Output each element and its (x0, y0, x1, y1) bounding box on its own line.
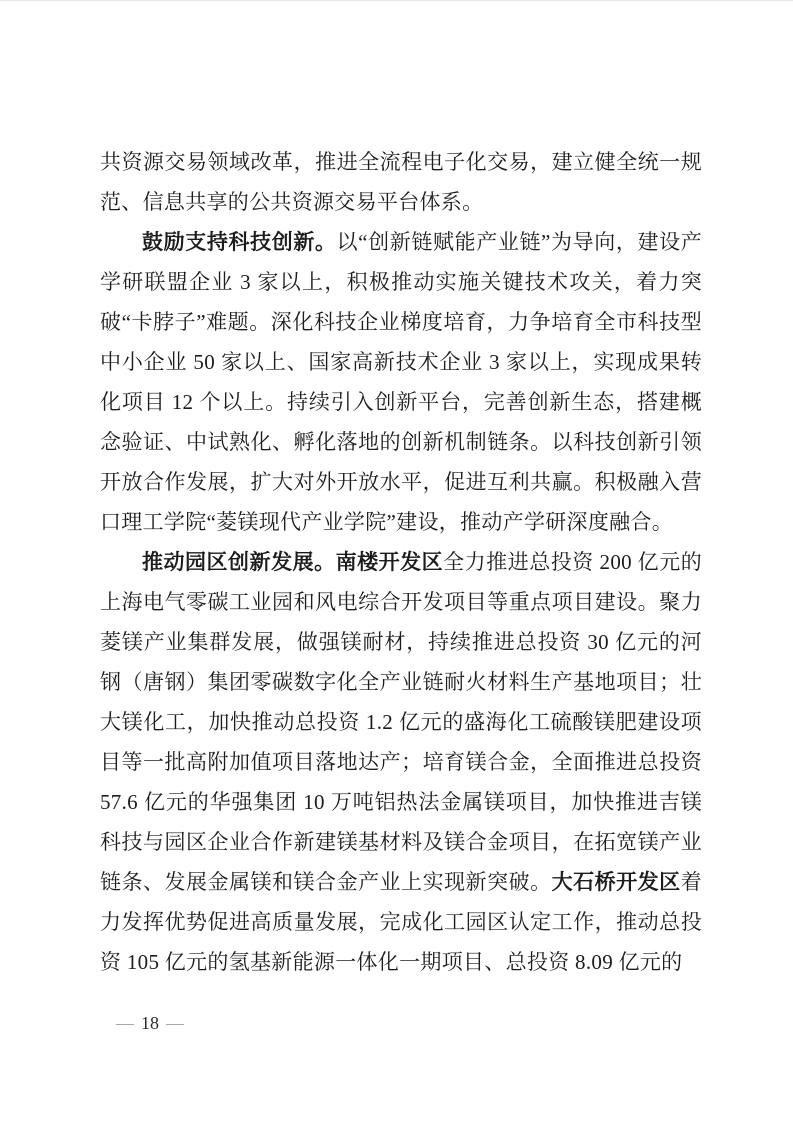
paragraph: 鼓励支持科技创新。以“创新链赋能产业链”为导向，建设产学研联盟企业 3 家以上，… (100, 222, 702, 542)
footer-dash-left: — (116, 1009, 134, 1037)
bold-text-run: 推动园区创新发展。南楼开发区 (142, 550, 443, 574)
paragraph: 共资源交易领域改革，推进全流程电子化交易，建立健全统一规范、信息共享的公共资源交… (100, 142, 702, 222)
bold-text-run: 大石桥开发区 (552, 870, 681, 894)
footer-dash-right: — (166, 1009, 184, 1037)
document-body: 共资源交易领域改革，推进全流程电子化交易，建立健全统一规范、信息共享的公共资源交… (100, 142, 702, 982)
document-page: 共资源交易领域改革，推进全流程电子化交易，建立健全统一规范、信息共享的公共资源交… (0, 0, 793, 1122)
page-footer: — 18 — (116, 1009, 184, 1037)
paragraph: 推动园区创新发展。南楼开发区全力推进总投资 200 亿元的上海电气零碳工业园和风… (100, 542, 702, 982)
text-run: 以“创新链赋能产业链”为导向，建设产学研联盟企业 3 家以上，积极推动实施关键技… (100, 230, 702, 534)
page-number: 18 (141, 1009, 159, 1037)
bold-text-run: 鼓励支持科技创新。 (142, 230, 337, 254)
text-run: 共资源交易领域改革，推进全流程电子化交易，建立健全统一规范、信息共享的公共资源交… (100, 150, 702, 214)
text-run: 全力推进总投资 200 亿元的上海电气零碳工业园和风电综合开发项目等重点项目建设… (100, 550, 702, 894)
